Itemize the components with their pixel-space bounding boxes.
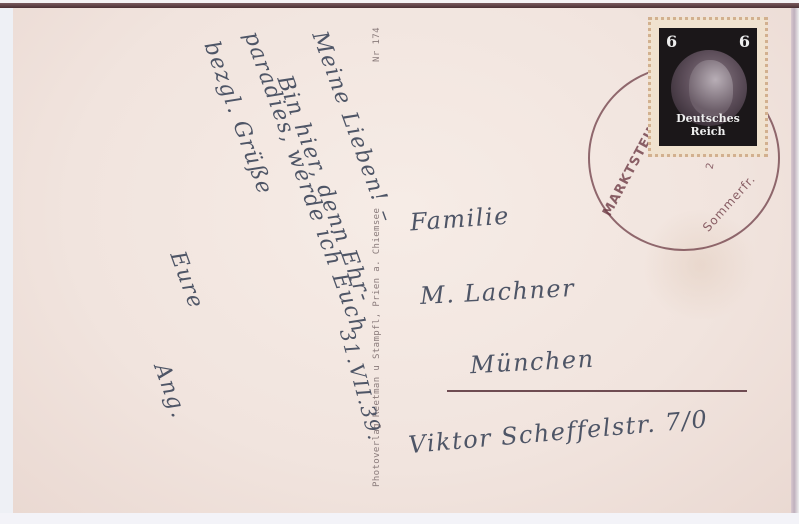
postage-stamp: 6 6 Deutsches Reich [648,17,768,157]
publisher-imprint: Photoverlag Reetman u Stampfl, Prien a. … [372,208,382,487]
stamp-value-right: 6 [739,32,750,51]
stamp-frame: 6 6 Deutsches Reich [659,28,757,146]
series-number: Nr 174 [372,27,382,62]
stamp-value-left: 6 [666,32,677,51]
scan-margin-left [0,8,13,524]
stamp-country: Deutsches Reich [659,112,757,138]
scan-margin-bottom [0,513,799,524]
scan-margin-right [791,8,799,524]
city-underline [447,390,747,392]
